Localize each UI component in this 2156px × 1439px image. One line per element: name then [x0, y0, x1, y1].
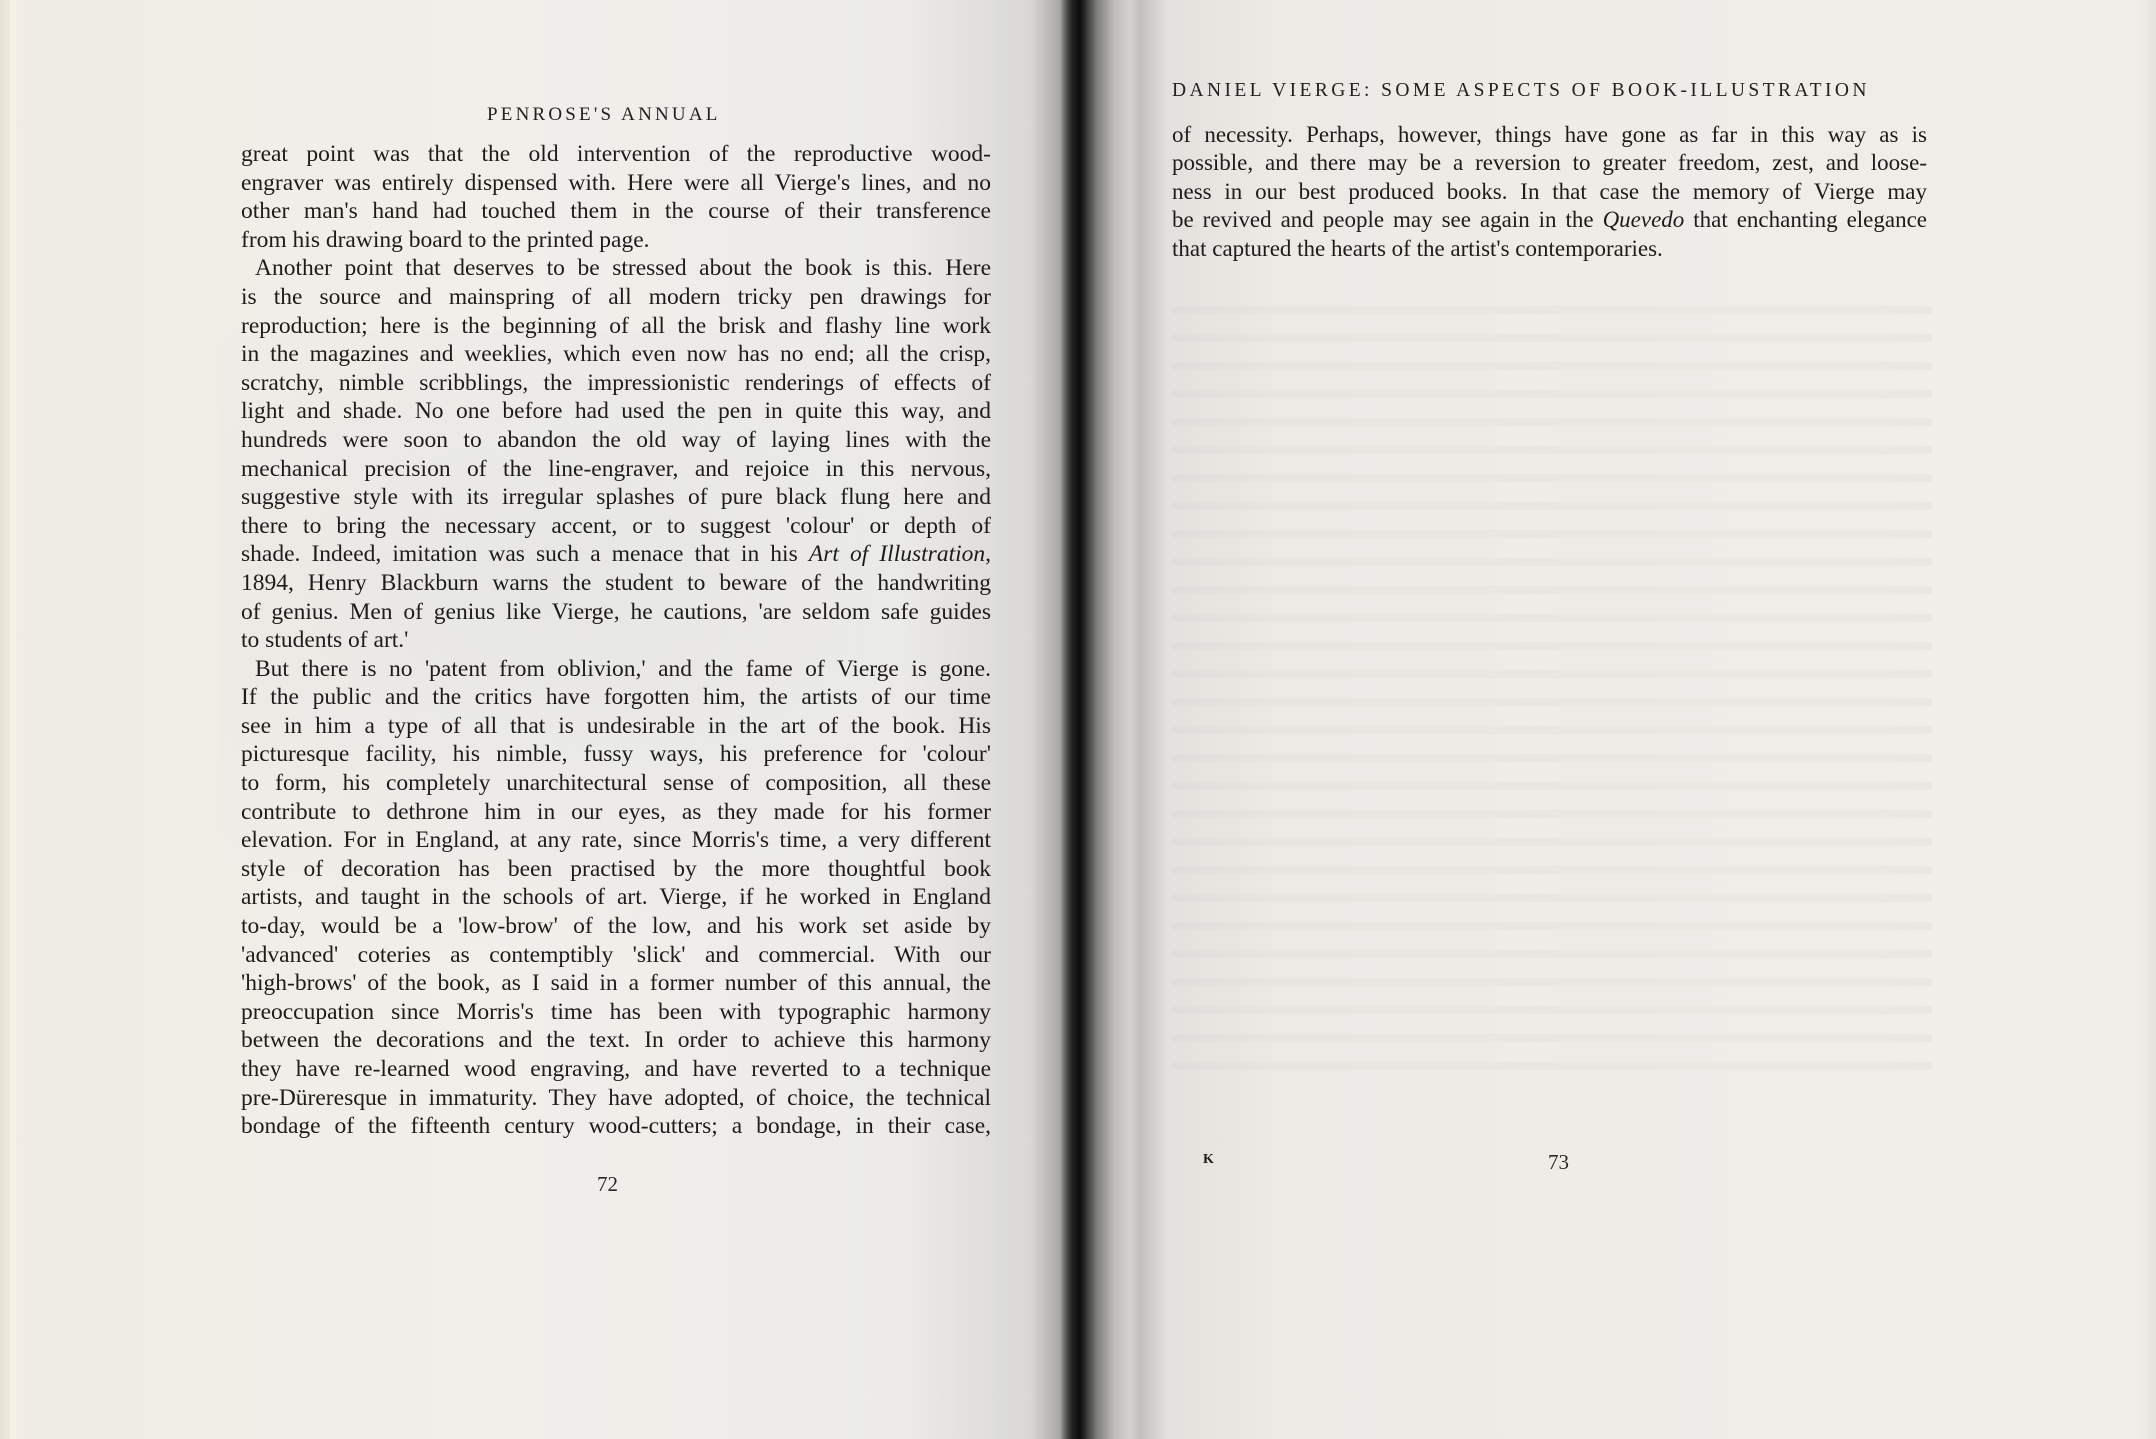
text-line: engraver was entirely dispensed with. He… — [241, 169, 991, 198]
text-fragment: that enchanting elegance — [1684, 207, 1927, 232]
text-line: other man's hand had touched them in the… — [241, 197, 991, 226]
book-title: Art of Illustration, — [809, 541, 991, 567]
left-running-head: PENROSE'S ANNUAL — [487, 104, 721, 126]
text-line: from his drawing board to the printed pa… — [241, 226, 991, 255]
page-number-left: 72 — [597, 1172, 618, 1197]
text-line: scratchy, nimble scribblings, the impres… — [241, 369, 991, 398]
left-page-body: great point was that the old interventio… — [241, 140, 991, 1141]
text-line-with-title: be revived and people may see again in t… — [1172, 206, 1927, 234]
paragraph-start-line: But there is no 'patent from oblivion,' … — [241, 655, 991, 684]
text-line: in the magazines and weeklies, which eve… — [241, 340, 991, 369]
text-fragment: shade. Indeed, imitation was such a mena… — [241, 541, 809, 567]
text-line: that captured the hearts of the artist's… — [1172, 235, 1927, 263]
reverse-side-show-through — [1172, 290, 1932, 1090]
text-line: they have re-learned wood engraving, and… — [241, 1055, 991, 1084]
text-line: to-day, would be a 'low-brow' of the low… — [241, 912, 991, 941]
right-running-head: DANIEL VIERGE: SOME ASPECTS OF BOOK-ILLU… — [1172, 80, 1870, 102]
text-line: 'advanced' coteries as contemptibly 'sli… — [241, 941, 991, 970]
text-line-with-title: shade. Indeed, imitation was such a mena… — [241, 540, 991, 569]
text-line: possible, and there may be a reversion t… — [1172, 149, 1927, 177]
text-line: picturesque facility, his nimble, fussy … — [241, 740, 991, 769]
right-page-body: of necessity. Perhaps, however, things h… — [1172, 121, 1927, 263]
text-line: elevation. For in England, at any rate, … — [241, 826, 991, 855]
text-line: see in him a type of all that is undesir… — [241, 712, 991, 741]
text-line: is the source and mainspring of all mode… — [241, 283, 991, 312]
text-line: between the decorations and the text. In… — [241, 1026, 991, 1055]
text-line: hundreds were soon to abandon the old wa… — [241, 426, 991, 455]
text-line: If the public and the critics have forgo… — [241, 683, 991, 712]
text-line: reproduction; here is the beginning of a… — [241, 312, 991, 341]
text-line: great point was that the old interventio… — [241, 140, 991, 169]
signature-mark: K — [1203, 1152, 1214, 1168]
text-line: of necessity. Perhaps, however, things h… — [1172, 121, 1927, 149]
text-line: to students of art.' — [241, 626, 991, 655]
text-line: artists, and taught in the schools of ar… — [241, 883, 991, 912]
book-spread: PENROSE'S ANNUAL great point was that th… — [0, 0, 2156, 1439]
book-binding-gutter — [1060, 0, 1096, 1439]
left-page: PENROSE'S ANNUAL great point was that th… — [0, 0, 1078, 1439]
book-title: Quevedo — [1603, 207, 1685, 232]
text-line: preoccupation since Morris's time has be… — [241, 998, 991, 1027]
text-line: mechanical precision of the line-engrave… — [241, 455, 991, 484]
text-line: contribute to dethrone him in our eyes, … — [241, 798, 991, 827]
text-line: 1894, Henry Blackburn warns the student … — [241, 569, 991, 598]
text-line: ness in our best produced books. In that… — [1172, 178, 1927, 206]
text-line: to form, his completely unarchitectural … — [241, 769, 991, 798]
text-line: style of decoration has been practised b… — [241, 855, 991, 884]
text-line: of genius. Men of genius like Vierge, he… — [241, 598, 991, 627]
text-line: pre-Düreresque in immaturity. They have … — [241, 1084, 991, 1113]
text-line: suggestive style with its irregular spla… — [241, 483, 991, 512]
text-fragment: be revived and people may see again in t… — [1172, 207, 1603, 232]
text-line: there to bring the necessary accent, or … — [241, 512, 991, 541]
text-line: bondage of the fifteenth century wood-cu… — [241, 1112, 991, 1141]
paragraph-start-line: Another point that deserves to be stress… — [241, 254, 991, 283]
text-line: 'high-brows' of the book, as I said in a… — [241, 969, 991, 998]
page-number-right: 73 — [1548, 1150, 1569, 1175]
text-line: light and shade. No one before had used … — [241, 397, 991, 426]
